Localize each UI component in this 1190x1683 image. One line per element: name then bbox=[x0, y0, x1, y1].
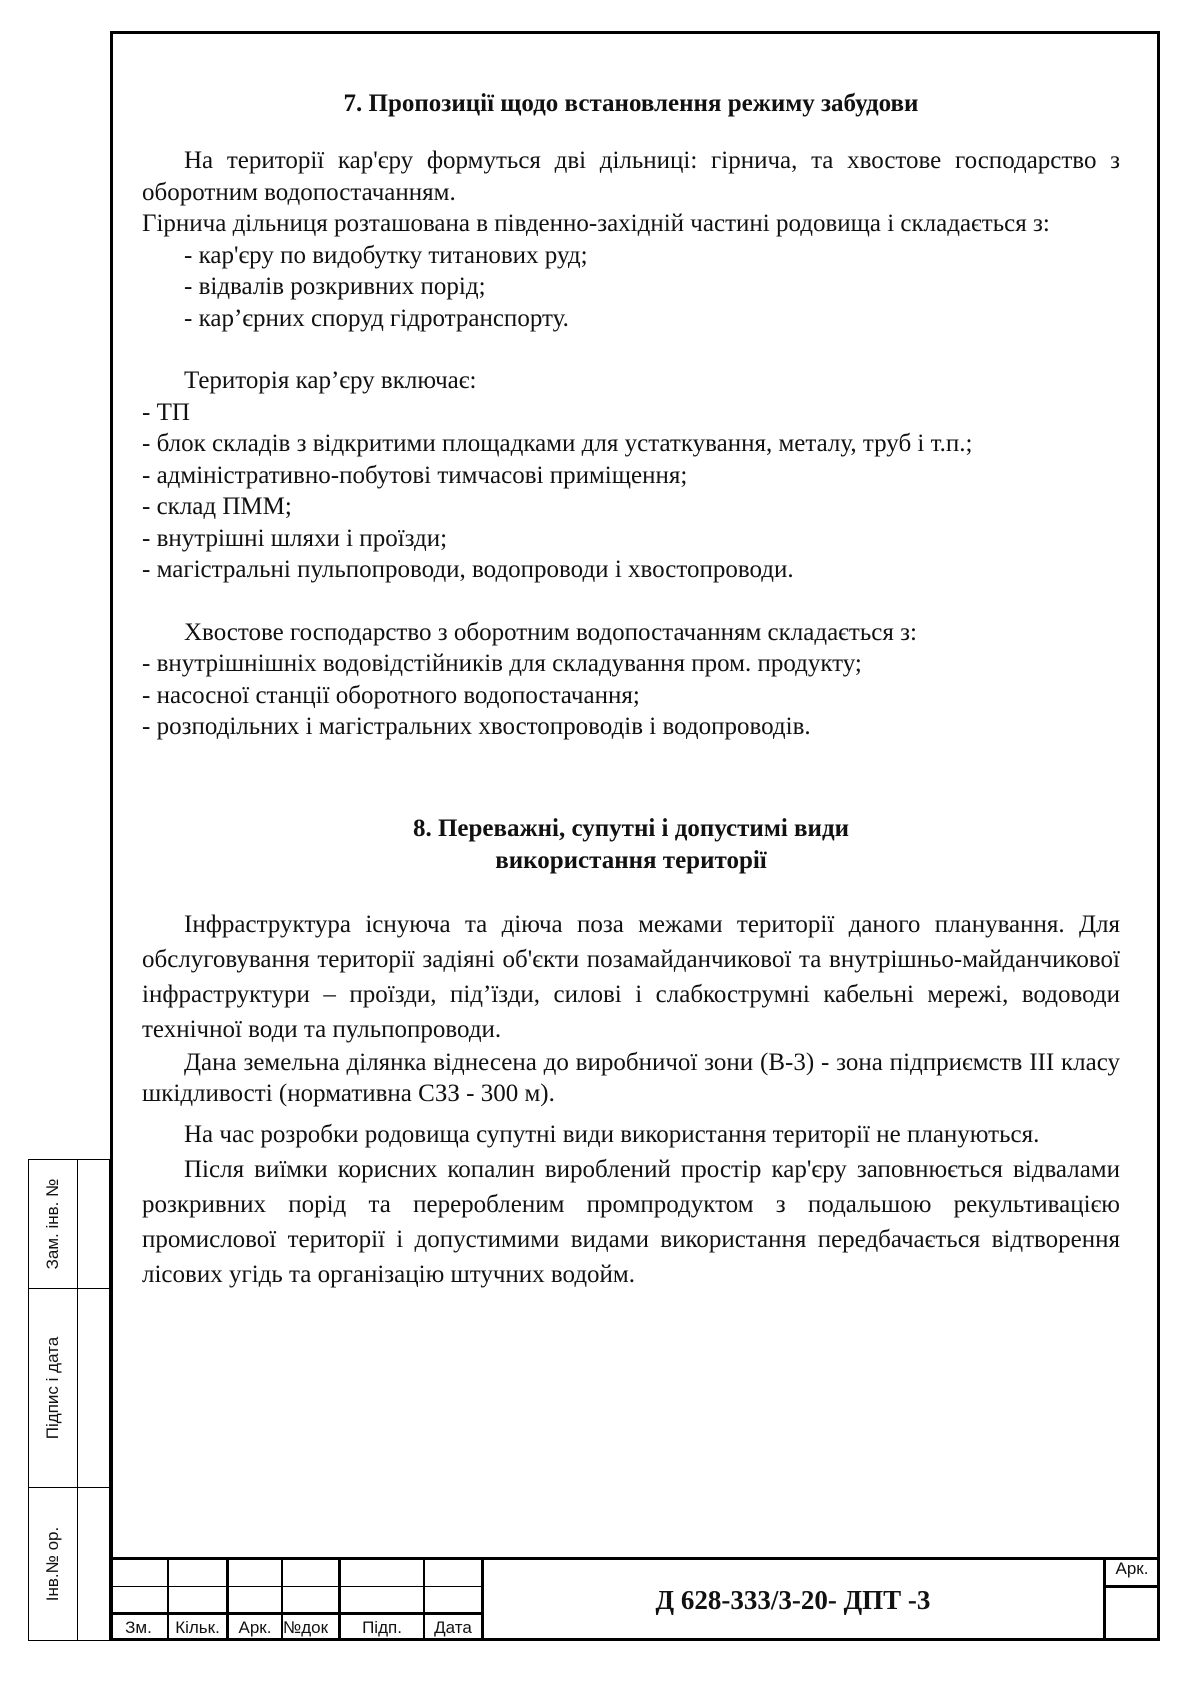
col-change: Зм. bbox=[110, 1614, 167, 1641]
document-body: 7. Пропозиції щодо встановлення режиму з… bbox=[142, 88, 1120, 1292]
mining-list: - кар'єру по видобутку титанових руд; - … bbox=[142, 240, 1120, 335]
col-sheet: Арк. bbox=[229, 1614, 281, 1641]
territory-intro: Територія кар’єру включає: bbox=[142, 365, 1120, 397]
section-8-paragraph-1: Інфраструктура існуюча та діюча поза меж… bbox=[142, 907, 1120, 1047]
list-item: - кар’єрних споруд гідротранспорту. bbox=[142, 303, 1120, 335]
col-date: Дата bbox=[425, 1614, 481, 1641]
signature-date-cell: Підпис і дата bbox=[28, 1288, 78, 1488]
list-item: - ТП bbox=[142, 397, 1120, 429]
section-8-paragraph-2: Дана земельна ділянка віднесена до вироб… bbox=[142, 1047, 1120, 1109]
tailings-list: - внутрішнішніх водовідстійників для скл… bbox=[142, 648, 1120, 743]
section-7-paragraph-1: На території кар'єру формуться дві дільн… bbox=[142, 145, 1120, 208]
list-item: - внутрішнішніх водовідстійників для скл… bbox=[142, 648, 1120, 680]
orig-inv-cell: Інв.№ ор. bbox=[28, 1487, 78, 1641]
title-block: Зм. Кільк. Арк. №док Підп. Дата Д 628-33… bbox=[110, 1557, 1160, 1641]
signature-date-label: Підпис і дата bbox=[43, 1337, 63, 1439]
section-8-title-line-1: 8. Переважні, супутні і допустимі види bbox=[142, 813, 1120, 845]
list-item: - магістральні пульпопроводи, водопровод… bbox=[142, 554, 1120, 586]
list-item: - відвалів розкривних порід; bbox=[142, 271, 1120, 303]
list-item: - блок складів з відкритими площадками д… bbox=[142, 428, 1120, 460]
territory-list: - ТП - блок складів з відкритими площадк… bbox=[142, 397, 1120, 586]
section-8-paragraph-4: Після виїмки корисних копалин вироблений… bbox=[142, 1152, 1120, 1292]
list-item: - адміністративно-побутові тимчасові при… bbox=[142, 460, 1120, 492]
tailings-intro: Хвостове господарство з оборотним водопо… bbox=[142, 617, 1120, 649]
section-7-title: 7. Пропозиції щодо встановлення режиму з… bbox=[142, 88, 1120, 120]
list-item: - внутрішні шляхи і проїзди; bbox=[142, 523, 1120, 555]
list-item: - насосної станції оборотного водопостач… bbox=[142, 680, 1120, 712]
section-7-paragraph-2: Гірнича дільниця розташована в південно-… bbox=[142, 208, 1120, 240]
side-stamp-strip: Зам. інв. № Підпис і дата Інв.№ ор. bbox=[28, 1159, 112, 1641]
list-item: - кар'єру по видобутку титанових руд; bbox=[142, 240, 1120, 272]
col-signature: Підп. bbox=[341, 1614, 423, 1641]
replaced-inv-label: Зам. інв. № bbox=[43, 1179, 63, 1270]
col-doc-number: №док bbox=[283, 1614, 338, 1641]
list-item: - розподільних і магістральних хвостопро… bbox=[142, 711, 1120, 743]
signature-date-value bbox=[77, 1288, 110, 1488]
orig-inv-value bbox=[77, 1487, 110, 1641]
document-number: Д 628-333/3-20- ДПТ -3 bbox=[483, 1585, 1103, 1616]
orig-inv-label: Інв.№ ор. bbox=[43, 1527, 63, 1601]
section-8-title-line-2: використання території bbox=[142, 845, 1120, 877]
sheet-label: Арк. bbox=[1104, 1559, 1160, 1579]
section-8-paragraph-3: На час розробки родовища супутні види ви… bbox=[142, 1117, 1120, 1152]
replaced-inv-value bbox=[77, 1159, 110, 1289]
col-quantity: Кільк. bbox=[169, 1614, 226, 1641]
list-item: - склад ПММ; bbox=[142, 491, 1120, 523]
replaced-inv-cell: Зам. інв. № bbox=[28, 1159, 78, 1289]
